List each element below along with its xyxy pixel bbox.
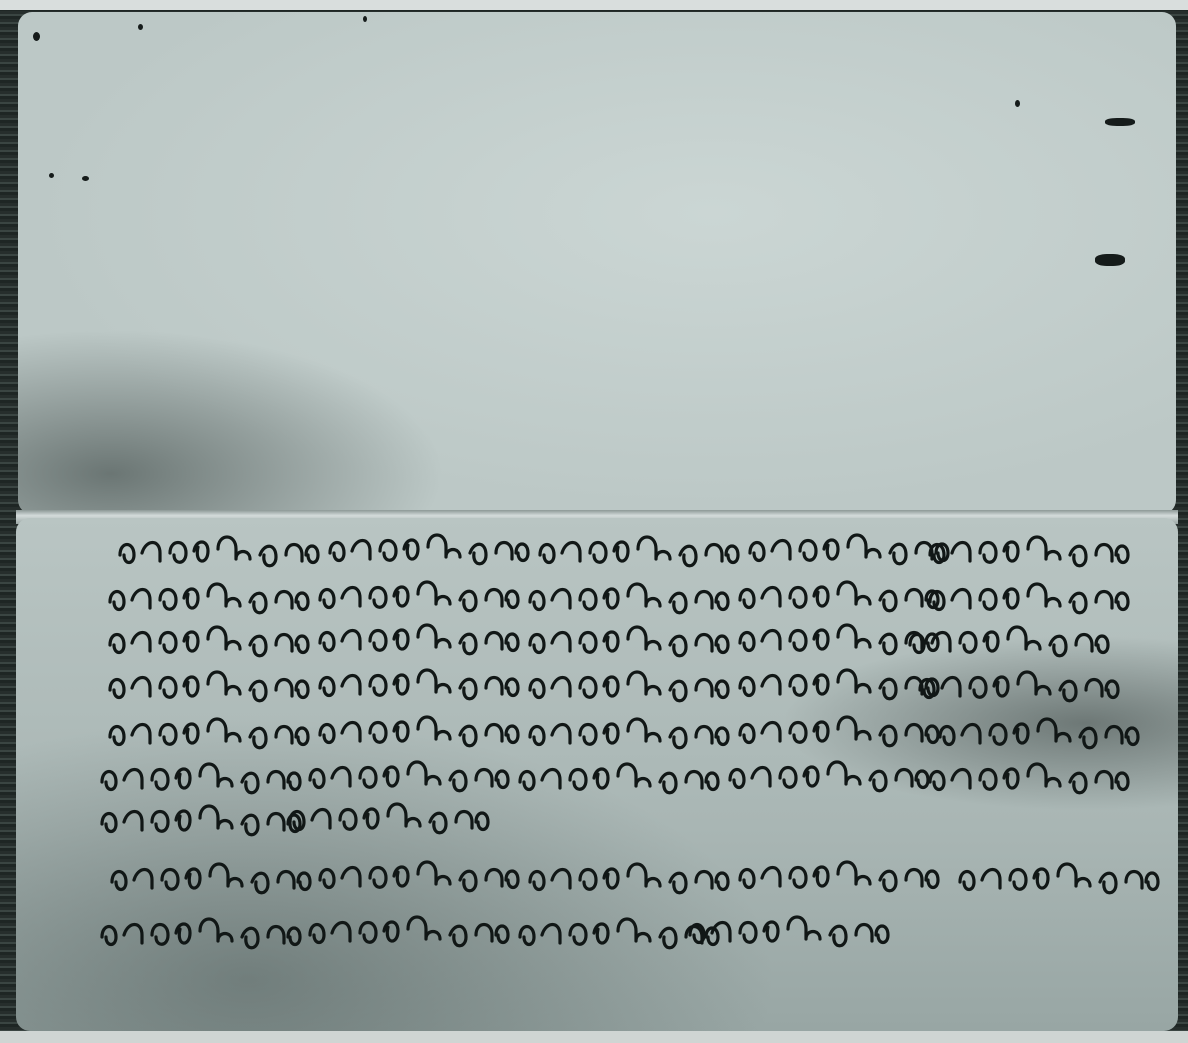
script-line-8 (112, 862, 1158, 893)
handwritten-script (0, 0, 1188, 1043)
script-line-5 (110, 717, 1138, 748)
script-line-6 (102, 762, 1128, 793)
script-line-2 (110, 582, 1128, 613)
script-line-4 (110, 670, 1118, 701)
script-line-7 (102, 804, 488, 835)
script-line-9 (102, 917, 888, 948)
script-line-3 (110, 625, 1108, 656)
script-line-1 (120, 535, 1128, 566)
